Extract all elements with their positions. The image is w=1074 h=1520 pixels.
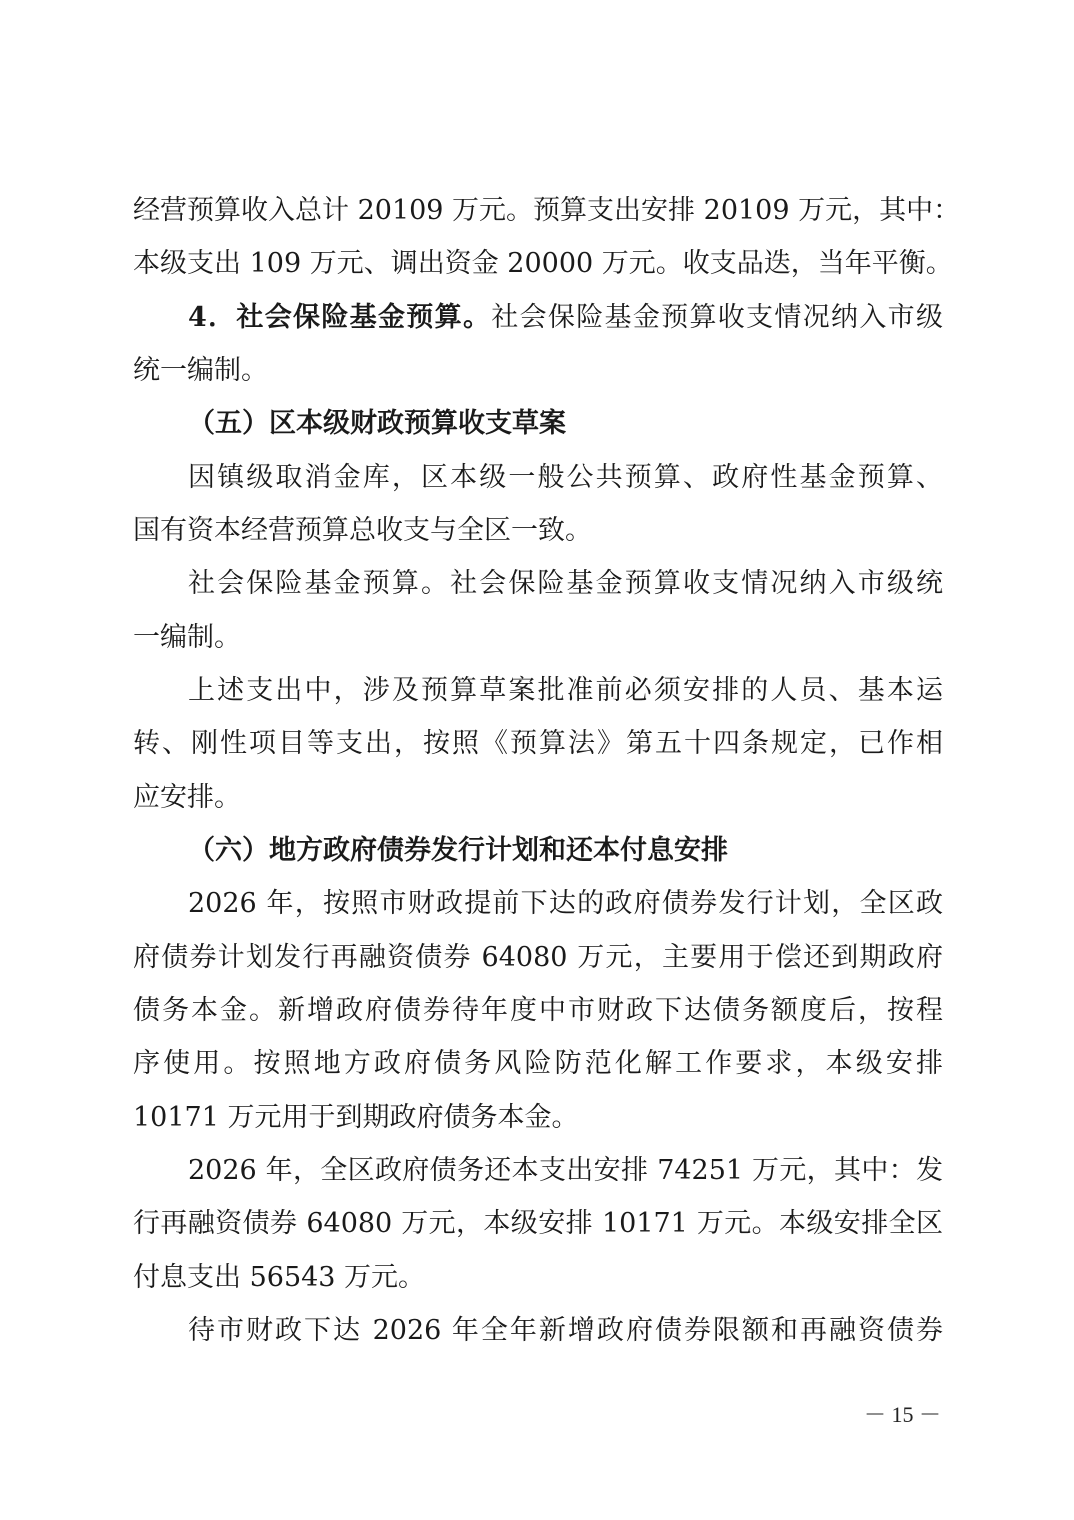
section-heading-6: （六）地方政府债券发行计划和还本付息安排: [188, 833, 943, 869]
body-line: 上述支出中，涉及预算草案批准前必须安排的人员、基本运: [188, 673, 943, 709]
body-line: 一编制。: [133, 620, 943, 656]
body-line: 因镇级取消金库，区本级一般公共预算、政府性基金预算、: [188, 460, 943, 496]
body-line: 2026 年，全区政府债务还本支出安排 74251 万元，其中：发: [188, 1153, 943, 1189]
body-line: 统一编制。: [133, 353, 943, 389]
body-line: 国有资本经营预算总收支与全区一致。: [133, 513, 943, 549]
page-number: － 15 －: [864, 1400, 941, 1430]
body-line: 转、刚性项目等支出，按照《预算法》第五十四条规定，已作相: [133, 726, 943, 762]
body-line: 行再融资债券 64080 万元，本级安排 10171 万元。本级安排全区: [133, 1206, 943, 1242]
body-line: 序使用。按照地方政府债务风险防范化解工作要求，本级安排: [133, 1046, 943, 1082]
paragraph-social-insurance: 4．社会保险基金预算。社会保险基金预算收支情况纳入市级: [188, 300, 943, 336]
body-line: 社会保险基金预算。社会保险基金预算收支情况纳入市级统: [188, 566, 943, 602]
section-heading-5: （五）区本级财政预算收支草案: [188, 406, 943, 442]
body-line: 10171 万元用于到期政府债务本金。: [133, 1100, 943, 1136]
body-line: 应安排。: [133, 780, 943, 816]
body-line: 本级支出 109 万元、调出资金 20000 万元。收支品迭，当年平衡。: [133, 246, 943, 282]
body-line: 待市财政下达 2026 年全年新增政府债券限额和再融资债券: [188, 1313, 943, 1349]
body-line: 付息支出 56543 万元。: [133, 1260, 943, 1296]
body-line: 经营预算收入总计 20109 万元。预算支出安排 20109 万元，其中：: [133, 193, 943, 229]
body-text: 社会保险基金预算收支情况纳入市级: [491, 302, 943, 333]
body-line: 府债券计划发行再融资债券 64080 万元，主要用于偿还到期政府: [133, 940, 943, 976]
document-page: 经营预算收入总计 20109 万元。预算支出安排 20109 万元，其中： 本级…: [0, 0, 1074, 1520]
item-heading-social-insurance: 4．社会保险基金预算。: [188, 302, 491, 333]
body-line: 债务本金。新增政府债券待年度中市财政下达债务额度后，按程: [133, 993, 943, 1029]
body-line: 2026 年，按照市财政提前下达的政府债券发行计划，全区政: [188, 886, 943, 922]
